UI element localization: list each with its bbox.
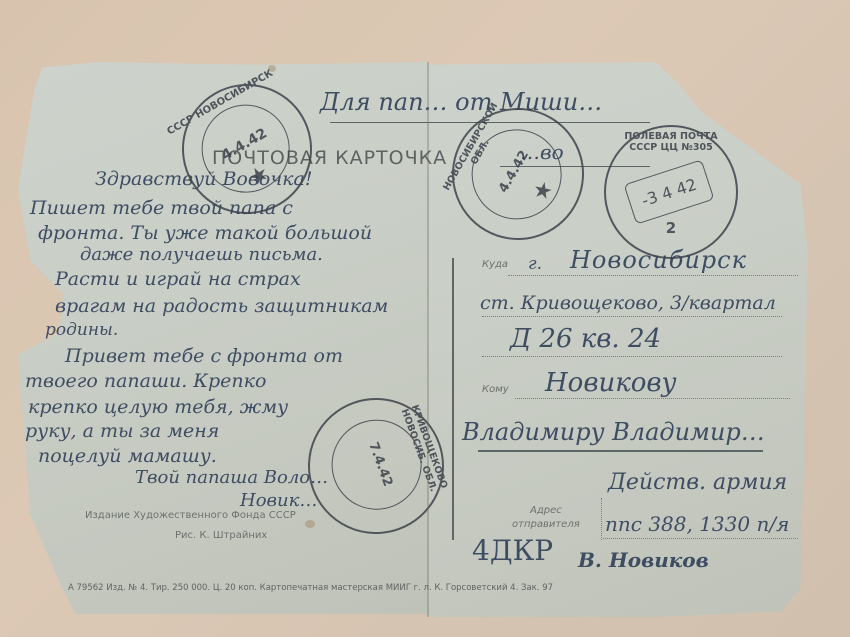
postmark-date-box: -3 4 42 <box>624 159 715 224</box>
header-note: Для пап… от Миши… <box>320 88 602 116</box>
tear-line <box>427 62 429 617</box>
address-line-3 <box>482 356 782 357</box>
letter-line: врагам на радость защитникам <box>55 295 388 317</box>
letter-line: твоего папаши. Крепко <box>25 370 266 392</box>
address-line-2 <box>482 316 782 317</box>
address-line-4 <box>515 398 790 399</box>
publisher-line: Издание Художественного Фонда СССР <box>85 510 296 521</box>
paper-stain <box>305 520 315 528</box>
artist-line: Рис. К. Штрайних <box>175 530 267 541</box>
sender-unit: 4ДКР <box>472 534 553 567</box>
recipient-name: Владимиру Владимир… <box>462 418 765 446</box>
imprint-line: А 79562 Изд. № 4. Тир. 250 000. Ц. 20 ко… <box>68 583 553 593</box>
letter-line: Твой папаша Воло… <box>135 467 328 488</box>
letter-line: фронта. Ты уже такой большой <box>38 222 372 244</box>
letter-line: даже получаешь письма. <box>80 244 323 265</box>
sender-label-line-2: отправителя <box>512 518 580 532</box>
city-prefix: г. <box>528 254 542 274</box>
postmark-field-post: ПОЛЕВАЯ ПОЧТА СССР ЦЦ №305 -3 4 42 2 <box>604 125 738 259</box>
sender-line-rule <box>603 538 798 539</box>
sender-address-label: Адрес отправителя <box>512 504 580 532</box>
sender-label-line-1: Адрес <box>512 504 580 518</box>
sender-line-2: ппс 388, 1330 п/я <box>605 512 789 536</box>
postmark-date: -3 4 42 <box>639 174 699 210</box>
letter-line: крепко целую тебя, жму <box>28 396 288 418</box>
address-line-1 <box>508 275 798 276</box>
address-bottom-rule <box>478 450 763 452</box>
sender-line-1: Действ. армия <box>608 470 787 495</box>
address-street: ст. Кривощеково, 3/квартал <box>480 292 776 314</box>
sender-name: В. Новиков <box>578 548 709 572</box>
address-building: Д 26 кв. 24 <box>510 324 661 354</box>
postmark-number: 2 <box>606 219 736 237</box>
postmark-text: ПОЛЕВАЯ ПОЧТА СССР ЦЦ №305 <box>606 131 736 153</box>
letter-signature: Новик… <box>240 490 317 511</box>
to-where-label: Куда <box>482 259 508 270</box>
recipient-surname: Новикову <box>545 368 677 398</box>
sender-divider <box>601 498 602 540</box>
letter-line: Привет тебе с фронта от <box>65 345 343 367</box>
letter-line: родины. <box>45 320 118 340</box>
letter-line: руку, а ты за меня <box>25 420 219 442</box>
letter-line: Расти и играй на страх <box>55 268 301 290</box>
letter-line: поцелуй мамашу. <box>38 445 217 467</box>
to-whom-label: Кому <box>482 384 509 395</box>
